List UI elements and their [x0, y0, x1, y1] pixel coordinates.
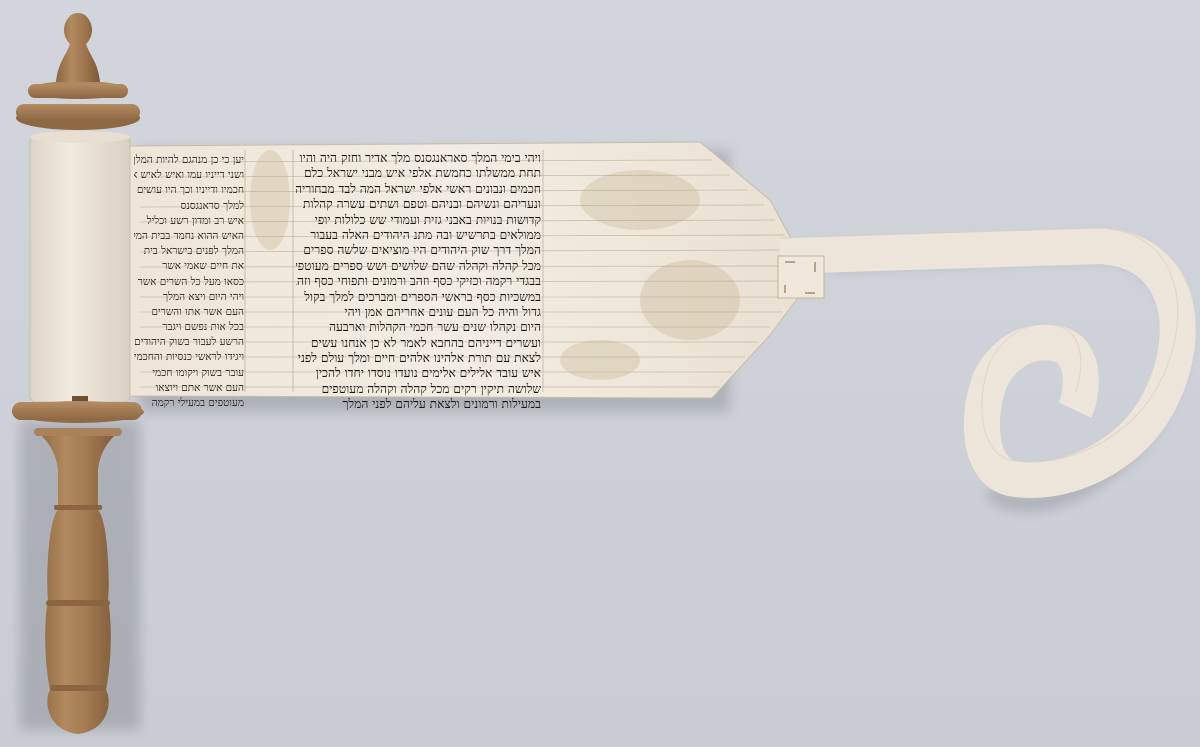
text-column-main: ויהי בימי המלך סאראנגסנס מלך אדיר וחזק ה… — [296, 151, 541, 413]
rolled-parchment — [30, 136, 130, 402]
text-line: מעוטפים במעילי רקמה — [134, 396, 244, 411]
text-line: ועשרים דייניהם בהחבא לאמר לא כן אנחנו עש… — [296, 336, 541, 351]
text-line: לצאת עם תורת אלהינו אלהים חיים ומלך עולם… — [296, 351, 541, 366]
parchment-ribbon — [780, 246, 1178, 480]
text-line: ויהי היום ויצא המלך — [134, 290, 244, 305]
text-line: במשכיות כסף בראשי הספרים ומברכים למלך בק… — [296, 290, 541, 305]
text-line: ממולאים בתרשיש ובה מתנ היהודים האלה בעבו… — [296, 228, 541, 243]
text-line: ויהי בימי המלך סאראנגסנס מלך אדיר וחזק ה… — [296, 151, 541, 166]
text-line: מכל קהלה וקהלה שהם שלושים ושש ספרים מעוט… — [296, 259, 541, 274]
text-line: יען כי כן מנהגם להיות המלך יהודה — [134, 153, 244, 168]
text-line: העם אשר אתו והשרים — [134, 305, 244, 320]
text-line: חכמים ונבונים ראשי אלפי ישראל המה לבד מב… — [296, 182, 541, 197]
text-line: ויגידו לראשי כנסיות והחכמים — [134, 350, 244, 365]
text-line: תחת ממשלתו כחמשת אלפי איש מבני ישראל כלם — [296, 166, 541, 181]
text-line: המלך לפנים בישראל בית — [134, 244, 244, 259]
text-line: האיש ההוא נחמד בבית המלך — [134, 229, 244, 244]
text-line: בכל אות נפשם ויגבר — [134, 320, 244, 335]
text-line: קדושות בנויות באבני גזית ועמודי שש כלולו… — [296, 213, 541, 228]
text-line: עובר בשוק ויקומו חכמי — [134, 366, 244, 381]
text-line: ונעריהם ונשיהם ובניהם וטפם ושתים עשרה קה… — [296, 197, 541, 212]
text-line: שלושה תיקין רקים מכל קהלה וקהלה מעוטפים — [296, 382, 541, 397]
text-line: איש עובד אלילים אלימים נועדו נוסדו יחדו … — [296, 366, 541, 381]
text-line: המלך דרך שוק היהודים היו מוציאים שלשה ספ… — [296, 243, 541, 258]
text-line: למלך סראנגסנס — [134, 199, 244, 214]
text-line: הרשע לעבור בשוק היהודים — [134, 335, 244, 350]
text-line: ושני דייניו עמו ואיש לאיש את — [134, 168, 244, 183]
text-line: חכמיו ודייניו וכך היו עושים — [134, 183, 244, 198]
text-line: גדול והיה כל העם עונים אחריהם אמן ויהי — [296, 305, 541, 320]
text-line: את חיים שאמי אשר — [134, 259, 244, 274]
text-line: כסאו מעל כל השרים אשר — [134, 275, 244, 290]
roller-top-finial — [16, 13, 140, 130]
text-line: איש רב ומדון רשע וכליל — [134, 214, 244, 229]
text-line: בבגדי רקמה וכזיקי כסף וזהב ורמונים ותפוח… — [296, 274, 541, 289]
text-line: במעילות ורמונים ולצאת עליהם לפני המלך — [296, 397, 541, 412]
text-column-left: יען כי כן מנהגם להיות המלך יהודה ושני די… — [134, 153, 244, 411]
text-line: העם אשר אתם ויוצאו — [134, 381, 244, 396]
text-line: היום נקהלו שנים עשר חכמי הקהלות וארבעה — [296, 320, 541, 335]
